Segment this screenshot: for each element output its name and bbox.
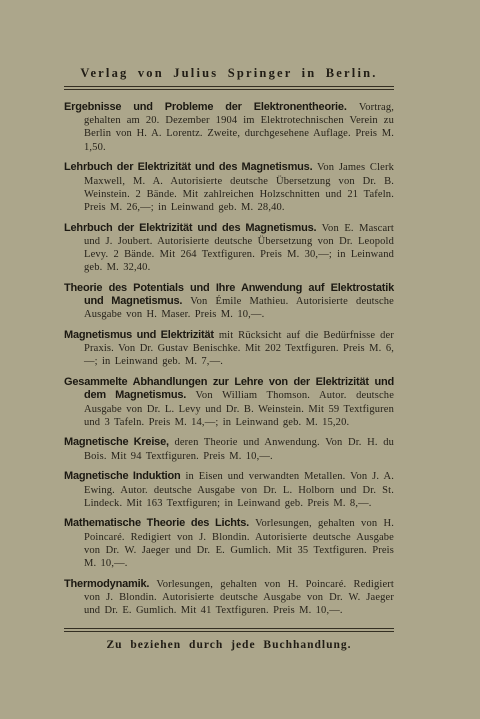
book-entry: Magnetismus und Elektrizität mit Rücksic… (64, 329, 394, 369)
book-entry: Lehrbuch der Elektrizität und des Magnet… (64, 222, 394, 275)
entry-title: Mathematische Theorie des Lichts. (64, 517, 249, 529)
scanned-book-page: Verlag von Julius Springer in Berlin. Er… (0, 0, 480, 719)
book-entry: Magnetische Induktion in Eisen und verwa… (64, 470, 394, 510)
entry-title: Ergebnisse und Probleme der Elektronenth… (64, 101, 347, 113)
footer-note: Zu beziehen durch jede Buchhandlung. (64, 639, 394, 651)
publisher-header: Verlag von Julius Springer in Berlin. (64, 66, 394, 81)
book-entry: Gesammelte Abhandlungen zur Lehre von de… (64, 376, 394, 429)
entry-title: Lehrbuch der Elektrizität und des Magnet… (64, 161, 312, 173)
entry-title: Thermodynamik. (64, 578, 149, 590)
book-entry: Lehrbuch der Elektrizität und des Magnet… (64, 161, 394, 214)
book-entry: Magnetische Kreise, deren Theorie und An… (64, 436, 394, 462)
book-list: Ergebnisse und Probleme der Elektronenth… (64, 101, 394, 617)
page-content: Verlag von Julius Springer in Berlin. Er… (64, 66, 394, 651)
header-double-rule (64, 86, 394, 90)
book-entry: Thermodynamik. Vorlesungen, gehalten von… (64, 578, 394, 618)
book-entry: Ergebnisse und Probleme der Elektronenth… (64, 101, 394, 154)
footer-double-rule (64, 628, 394, 632)
entry-title: Magnetische Induktion (64, 470, 181, 482)
entry-title: Magnetismus und Elektrizität (64, 329, 214, 341)
book-entry: Theorie des Potentials und Ihre Anwendun… (64, 282, 394, 322)
entry-title: Lehrbuch der Elektrizität und des Magnet… (64, 222, 316, 234)
entry-title: Magnetische Kreise, (64, 436, 169, 448)
book-entry: Mathematische Theorie des Lichts. Vorles… (64, 517, 394, 570)
